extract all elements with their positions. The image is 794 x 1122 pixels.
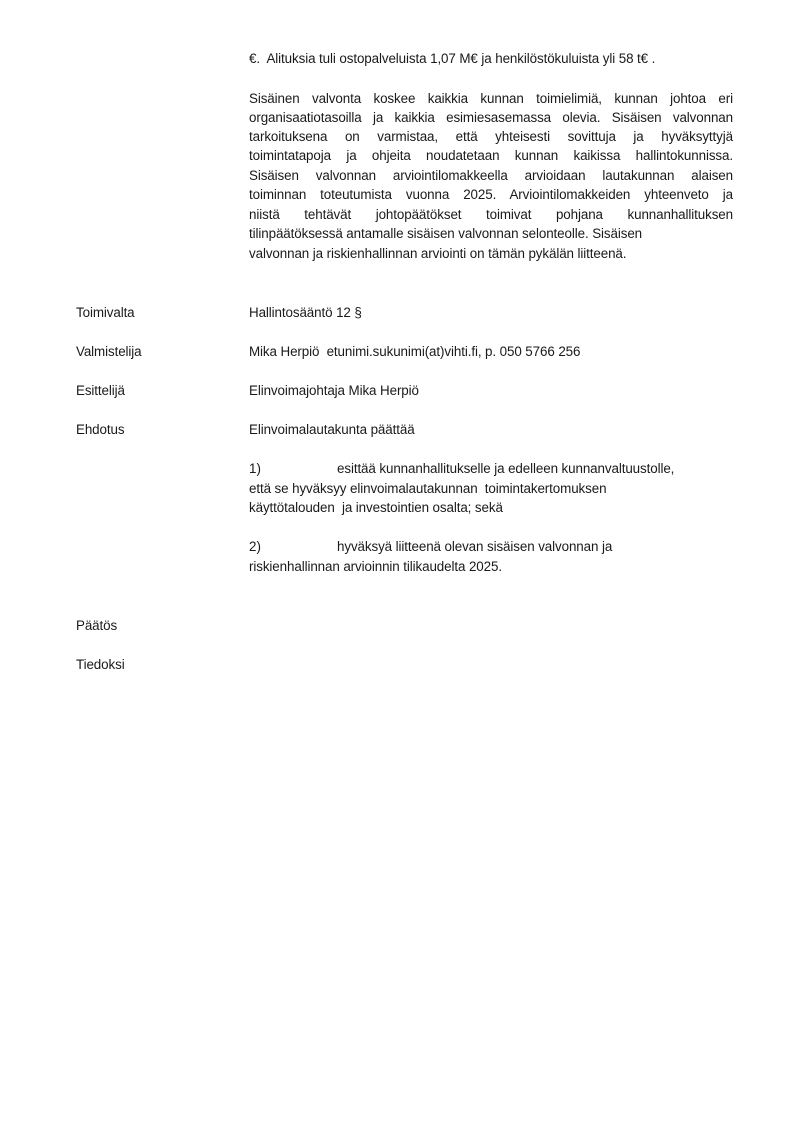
field-value: Hallintosääntö 12 §	[249, 303, 362, 323]
paragraph-line: niistä tehtävät johtopäätökset toimivat …	[249, 205, 733, 225]
proposal-text: käyttötalouden ja investointien osalta; …	[249, 498, 503, 518]
field-label: Valmistelija	[76, 342, 142, 362]
proposal-text: että se hyväksyy elinvoimalautakunnan to…	[249, 479, 606, 499]
proposal-number: 1)	[249, 459, 261, 479]
paragraph-line: tilinpäätöksessä antamalle sisäisen valv…	[249, 224, 642, 244]
paragraph-line: tarkoituksena on varmistaa, että yhteise…	[249, 127, 733, 147]
paragraph-line: valvonnan ja riskienhallinnan arviointi …	[249, 244, 626, 264]
proposal-text: hyväksyä liitteenä olevan sisäisen valvo…	[337, 537, 612, 557]
field-label: Esittelijä	[76, 381, 125, 401]
paragraph-line: toiminnan toteutumista vuonna 2025. Arvi…	[249, 185, 733, 205]
paragraph-line: Sisäinen valvonta koskee kaikkia kunnan …	[249, 89, 733, 109]
field-value: Mika Herpiö etunimi.sukunimi(at)vihti.fi…	[249, 342, 580, 362]
intro-text: €. Alituksia tuli ostopalveluista 1,07 M…	[249, 49, 655, 69]
paragraph-line: organisaatiotasoilla ja kaikkia esimiesa…	[249, 108, 733, 128]
proposal-text: riskienhallinnan arvioinnin tilikaudelta…	[249, 557, 502, 577]
field-value: Elinvoimajohtaja Mika Herpiö	[249, 381, 419, 401]
proposal-text: esittää kunnanhallitukselle ja edelleen …	[337, 459, 674, 479]
field-label: Ehdotus	[76, 420, 124, 440]
decision-label: Päätös	[76, 616, 117, 636]
field-label: Toimivalta	[76, 303, 135, 323]
paragraph-line: toimintatapoja ja ohjeita noudatetaan ku…	[249, 146, 733, 166]
field-value: Elinvoimalautakunta päättää	[249, 420, 415, 440]
proposal-number: 2)	[249, 537, 261, 557]
info-label: Tiedoksi	[76, 655, 125, 675]
paragraph-line: Sisäisen valvonnan arviointilomakkeella …	[249, 166, 733, 186]
